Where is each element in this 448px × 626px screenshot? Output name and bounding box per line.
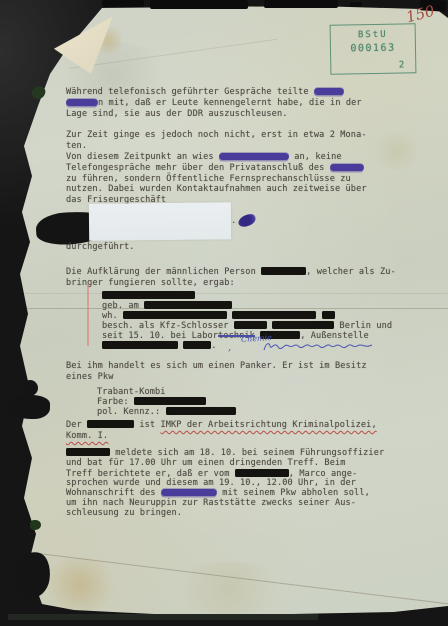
typewritten-text: Farbe: xyxy=(97,397,134,407)
typewritten-text: nutzen. Dabei wurden Kontaktaufnahmen au… xyxy=(66,184,367,194)
top-edge-mark xyxy=(150,0,248,9)
typewritten-text: um ihn nach Neuruppin zur Raststätte zwe… xyxy=(66,498,356,508)
ink-redaction-scribble xyxy=(160,489,217,496)
typewritten-text: meldete sich am 18. 10. bei seinem Führu… xyxy=(110,448,384,458)
paragraph-panker: Bei ihm handelt es sich um einen Panker.… xyxy=(66,361,367,383)
top-edge-mark xyxy=(264,0,338,8)
typewritten-text: durchgeführt. xyxy=(66,242,135,252)
black-redaction-bar xyxy=(134,397,206,405)
red-margin-line xyxy=(87,284,89,346)
stamp-sub-number: 2 xyxy=(399,60,405,70)
vehicle-data-block: Trabant-KombiFarbe: pol. Kennz.: xyxy=(97,387,236,417)
red-underlined-text: IMKP der Arbeitsrichtung Kriminalpolizei… xyxy=(160,420,376,430)
period-after-whiteout: . xyxy=(231,216,236,226)
top-edge-mark xyxy=(102,0,144,7)
typewritten-text: ist xyxy=(134,420,160,430)
black-redaction-bar xyxy=(102,291,195,299)
black-redaction-bar xyxy=(66,448,110,456)
typewritten-text: n mit, daß er Leute kennengelernt habe, … xyxy=(98,98,362,108)
paper-crease xyxy=(22,551,448,606)
typewritten-text: Der xyxy=(66,420,87,430)
typewritten-text: mit seinem Pkw abholen soll, xyxy=(217,488,370,498)
typewritten-text: , welcher als Zu- xyxy=(306,267,396,277)
black-redaction-bar xyxy=(234,321,267,329)
typewritten-text: wh. xyxy=(102,311,123,321)
top-edge-mark xyxy=(350,2,362,7)
typewritten-text: schleusung zu bringen. xyxy=(66,508,182,518)
black-redaction-bar xyxy=(166,407,236,415)
ink-redaction-scribble xyxy=(313,88,344,95)
typewritten-text: pol. Kennz.: xyxy=(97,407,166,417)
black-redaction-bar xyxy=(261,267,306,275)
typewritten-text: Berlin und xyxy=(334,321,392,331)
typewritten-text: Wohnanschrift des xyxy=(66,488,161,498)
ink-redaction-scribble xyxy=(65,99,98,106)
handwritten-comma-mark: , xyxy=(228,342,231,353)
typewritten-text: . xyxy=(211,341,216,351)
paragraph-phone-conversations: Während telefonisch geführter Gespräche … xyxy=(66,87,362,119)
black-redaction-bar xyxy=(235,469,289,477)
black-redaction-bar xyxy=(183,341,211,349)
scanned-stasi-document: BStU 000163 2 150 Während telefonisch ge… xyxy=(0,0,448,626)
ink-redaction-scribble xyxy=(329,164,364,171)
black-redaction-bar xyxy=(87,420,134,428)
typewritten-text: Lage sind, sie aus der DDR auszuschleuse… xyxy=(66,109,288,119)
paragraph-timing: Zur Zeit ginge es jedoch noch nicht, ers… xyxy=(66,130,367,152)
typewritten-text: zu führen, sondern Öffentliche Fernsprec… xyxy=(66,174,351,184)
red-underlined-text: Komm. I. xyxy=(66,431,108,441)
punch-hole xyxy=(22,380,38,396)
typewritten-text: ten. xyxy=(66,141,87,151)
typewritten-text: Während telefonisch geführter Gespräche … xyxy=(66,87,314,97)
typewritten-text: besch. als Kfz-Schlosser xyxy=(102,321,234,331)
black-redaction-bar xyxy=(123,311,227,319)
black-redaction-bar xyxy=(144,301,232,309)
paper-stain xyxy=(370,132,424,170)
paper-stain xyxy=(164,562,294,614)
black-redaction-bar xyxy=(102,341,178,349)
black-redaction-bar xyxy=(232,311,316,319)
typewritten-text xyxy=(316,311,321,321)
typewritten-text: geb. am xyxy=(102,301,144,311)
typewritten-text: Die Aufklärung der männlichen Person xyxy=(66,267,261,277)
paragraph-instructions: Von diesem Zeitpunkt an wies an, keineTe… xyxy=(66,152,367,206)
typewritten-text: und bat für 17.00 Uhr um einen dringende… xyxy=(66,458,346,468)
typewritten-text: an, keine xyxy=(289,152,342,162)
typewritten-text: bringer fungieren sollte, ergab: xyxy=(66,278,235,288)
ink-redaction-scribble xyxy=(218,153,289,160)
typewritten-text: Von diesem Zeitpunkt an wies xyxy=(66,152,219,162)
paragraph-imkp: Der ist IMKP der Arbeitsrichtung Krimina… xyxy=(66,420,377,442)
bottom-edge-strip xyxy=(8,614,318,620)
whiteout-redaction-box xyxy=(89,202,231,240)
stamp-organization: BStU xyxy=(331,29,415,40)
stamp-number: 000163 xyxy=(331,42,415,54)
paper-tear-hole xyxy=(8,395,50,419)
handwritten-squiggle-annotation xyxy=(262,341,374,353)
paragraph-person-investigation: Die Aufklärung der männlichen Person , w… xyxy=(66,267,396,289)
typewritten-text: eines Pkw xyxy=(66,372,113,382)
typewritten-text: Bei ihm handelt es sich um einen Panker.… xyxy=(66,361,367,371)
black-redaction-bar xyxy=(322,311,335,319)
typewritten-text: Telefongespräche mehr über den Privatans… xyxy=(66,163,330,173)
typewritten-text: , Außenstelle xyxy=(300,331,369,341)
paragraph-durchgefuehrt: durchgeführt. xyxy=(66,242,135,253)
black-redaction-bar xyxy=(272,321,334,329)
typewritten-text: sprochen wurde und diesem am 19. 10., 12… xyxy=(66,478,356,488)
typewritten-text: seit 15. 10. bei Labor xyxy=(102,331,218,341)
typewritten-text: Trabant-Kombi xyxy=(97,387,166,397)
bstu-stamp: BStU 000163 2 xyxy=(330,23,417,74)
paper-stain xyxy=(38,558,122,612)
paragraph-treff-report: meldete sich am 18. 10. bei seinem Führu… xyxy=(66,448,384,519)
typewritten-text: Zur Zeit ginge es jedoch noch nicht, ers… xyxy=(66,130,367,140)
